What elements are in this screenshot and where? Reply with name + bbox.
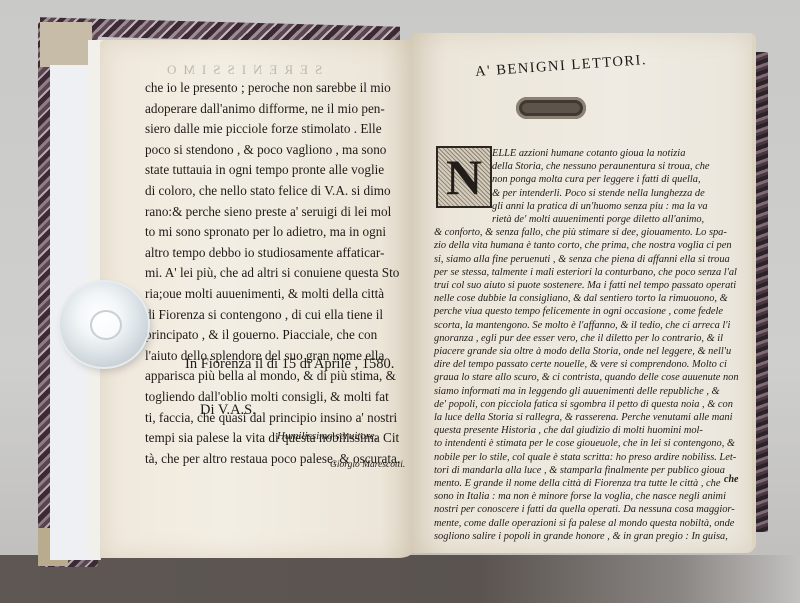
text-line: altro tempo debbo io studiosamente affat… [145,243,415,264]
text-line: to mi sono spronato per lo adietro, ma i… [145,222,415,243]
text-line: poco si stendono , & poco vagliono , ma … [145,140,415,161]
vellum-corner [40,22,92,67]
paperweight-center [90,310,122,340]
glass-paperweight [60,282,148,367]
catchword: che [724,474,738,485]
text-line: nelle cose dubbie la consigliano, & dal … [434,292,739,305]
closing: Humilissimo seruitore, [277,430,377,442]
text-line: di coloro, che nello stato felice di V.A… [145,181,415,202]
text-line: mente, come dalle operazioni si fa pales… [434,517,739,530]
text-line: rano:& perche sieno preste a' seruigi di… [145,202,415,223]
ornament-headpiece-icon [516,97,586,119]
text-line: sono in Italia : ma non è minore forse l… [434,490,739,503]
right-page-body: ELLE azzioni humane cotanto gioua la not… [434,147,739,543]
text-line: piacere grande sia oltre à modo della St… [434,345,739,358]
text-line: dire del tempo passato certe nouelle, & … [434,358,739,371]
text-line: & per intenderli. Poco si stende nella l… [434,187,739,200]
text-line: mi. A' lei più, che ad altri si conuiene… [145,263,415,284]
text-line: siero dalle mie picciole forze stimolato… [145,119,415,140]
text-line: ELLE azzioni humane cotanto gioua la not… [434,147,739,160]
text-line: adoperare dall'animo difforme, ne il mio… [145,99,415,120]
text-line: si, siamo alla fine peruenuti , & senza … [434,253,739,266]
text-line: sogliono salire i popoli in grande honor… [434,530,739,543]
text-line: della Storia, che nessuno peraunentura s… [434,160,739,173]
text-line: mento. E grande il nome della città di F… [434,477,739,490]
text-line: ria;oue molti auuenimenti, & molti della… [145,284,415,305]
text-line: to intendenti è stimata per le cose giou… [434,437,739,450]
text-line: graua lo stare allo scuro, & ci contrist… [434,371,739,384]
show-through-header: SERENISSIMO [160,62,322,78]
text-line: perche viua questo tempo felicemente in … [434,305,739,318]
dateline: In Fiorenza il di 15 di Aprile , 1580. [185,356,394,373]
text-line: gnoranza , egli pur dee esser vero, che … [434,332,739,345]
text-line: non ponga molta cura per leggere i fatti… [434,173,739,186]
text-line: scorta, la mantengono. Se molto è l'affa… [434,319,739,332]
text-line: di Fiorenza si contengono , di cui ella … [145,305,415,326]
marbled-cover-right [754,52,768,532]
text-line: state tuttauia in ogni tempo pronte alle… [145,160,415,181]
table-shadow [0,555,800,603]
text-line: nobile per lo stile, col quale è stata s… [434,451,739,464]
text-line: per se stessa, talmente i mali esteriori… [434,266,739,279]
text-line: siamo informati ma in leggendo gli auuen… [434,385,739,398]
text-line: zio della vita humana è tanto corto, che… [434,239,739,252]
text-line: gli anni la pratica di un'huomo senza pi… [434,200,739,213]
text-line: trui col suo aiuto si puote sostenere. M… [434,279,739,292]
left-page-body: che io le presento ; peroche non sarebbe… [145,78,415,469]
text-line: ti, faccia, che quasi dal principio insi… [145,408,415,429]
text-line: la luce della Storia si rallegra, & rass… [434,411,739,424]
signature: Giorgio Marescotti. [330,460,405,470]
text-line: nostri per conoscere i fatti da quella o… [434,503,739,516]
text-line: togliendo dall'oblio molti consigli, & m… [145,387,415,408]
text-line: principato , & il gouerno. Piacciale, ch… [145,325,415,346]
greeting: Di V.A.S. [200,402,256,419]
text-line: che io le presento ; peroche non sarebbe… [145,78,415,99]
text-line: questa presente Historia , che dal giudi… [434,424,739,437]
text-line: tori di mandarla alla luce , & stamparla… [434,464,739,477]
text-line: rietà de' molti auuenimenti porge dilett… [434,213,739,226]
text-line: & conforto, & senza fallo, che più stima… [434,226,739,239]
text-line: de' popoli, con picciola fatica si sgomb… [434,398,739,411]
